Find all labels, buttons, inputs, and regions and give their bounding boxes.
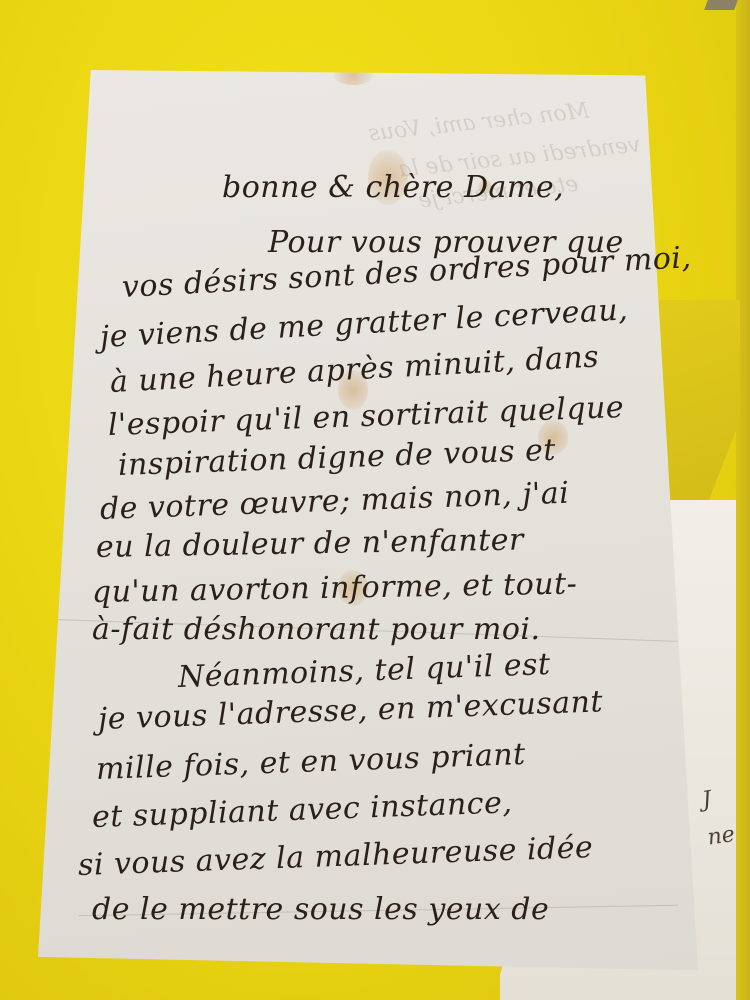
paper-stain xyxy=(333,65,373,85)
letter-line: de le mettre sous les yeux de xyxy=(92,892,549,927)
letter-line: à-fait déshonorant pour moi. xyxy=(92,612,541,647)
underlying-fragment: J xyxy=(700,778,732,819)
ink-bleed-through: Mon cher ami, Vous xyxy=(367,98,590,146)
yellow-background-edge xyxy=(736,0,750,1000)
salutation: bonne & chère Dame, xyxy=(222,170,564,205)
letter-line: eu la douleur de n'enfanter xyxy=(96,523,524,565)
underlying-fragment: ne xyxy=(705,816,737,857)
background-corner-shadow xyxy=(704,0,738,10)
